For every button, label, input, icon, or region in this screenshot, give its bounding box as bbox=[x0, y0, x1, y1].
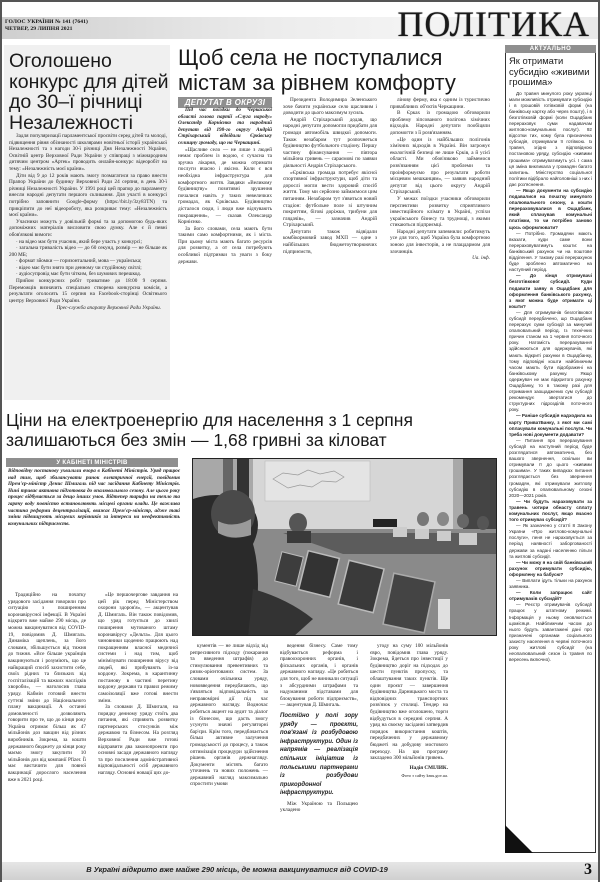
section-title: ПОЛІТИКА bbox=[397, 6, 590, 42]
article-contest-title: Оголошено конкурс для дітей до 30–ї річн… bbox=[9, 51, 169, 133]
paragraph: У межах поїздки учасники обговорили перс… bbox=[390, 196, 490, 229]
page-footer: В Україні відкрито вже майже 290 місць, … bbox=[2, 862, 598, 880]
paragraph: Задля популяризації парламентської просв… bbox=[9, 133, 167, 173]
issue-line: ГОЛОС УКРАЇНИ № 141 (7641) bbox=[5, 19, 88, 26]
sidebar-box: Як отримати субсидію «живими грошима» До… bbox=[505, 53, 596, 853]
paragraph: Народні депутати запевнили: робитимуть у… bbox=[390, 229, 490, 255]
paragraph: Президента Володимира Зеленського хоче б… bbox=[283, 97, 377, 117]
column: «Це першочергове завдання на цей рік пер… bbox=[98, 592, 178, 777]
answer: — Для отримувачів безготівкової субсидії… bbox=[509, 310, 592, 414]
issue-info: ГОЛОС УКРАЇНИ № 141 (7641) ЧЕТВЕР, 29 ЛИ… bbox=[5, 19, 88, 33]
paragraph: Депутати також відвідали комбікормовий з… bbox=[283, 229, 377, 255]
paragraph: «Це один із найбільших полігонів хімічни… bbox=[390, 137, 490, 196]
corner-triangle-icon bbox=[505, 825, 533, 853]
answer: — Питання про перерахування субсидії на … bbox=[509, 438, 592, 499]
article-villages-title: Щоб села не поступалися містам за рівнем… bbox=[178, 45, 498, 95]
column: угоду на суму 100 мільйонів євро, повідо… bbox=[370, 643, 448, 779]
question: — Коли запрацює сайт отримувачів субсиді… bbox=[509, 590, 592, 602]
column: Президента Володимира Зеленського хоче б… bbox=[283, 97, 377, 255]
footer-headline: В Україні відкрито вже майже 290 місць, … bbox=[2, 865, 472, 874]
paragraph: Діти від 9 до 12 років мають змогу позма… bbox=[9, 173, 167, 219]
paragraph: кументів — не лише відхід від репресивно… bbox=[190, 643, 268, 788]
date-line: ЧЕТВЕР, 29 ЛИПНЯ 2021 bbox=[5, 26, 88, 33]
paragraph: «Це першочергове завдання на цей рік пер… bbox=[98, 592, 178, 704]
photo-credit: Фото з сайту kmu.gov.ua. bbox=[370, 773, 448, 778]
paragraph: угоду на суму 100 мільйонів євро, повідо… bbox=[370, 643, 448, 762]
paragraph: «Єрківська громада потребує якісної спор… bbox=[283, 170, 377, 229]
pull-quote: Постійно у полі зору уряду — проєкти, по… bbox=[280, 712, 358, 798]
answer: — Як зазначено у статті 8 Закону України… bbox=[509, 523, 592, 560]
question: — Якщо документи на субсидію подавалися … bbox=[509, 188, 592, 231]
sidebar-rubric: АКТУАЛЬНО bbox=[505, 45, 596, 53]
column: Традиційно на початку урядового засіданн… bbox=[8, 592, 86, 783]
page-number: 3 bbox=[584, 861, 592, 879]
paragraph: Між Україною та Польщею укладено bbox=[280, 801, 358, 814]
article-lead: Відповідну постанову ухвалили вчора в Ка… bbox=[8, 468, 180, 527]
article-contest: Оголошено конкурс для дітей до 30–ї річн… bbox=[4, 45, 170, 400]
paragraph: До травня минулого року українці мали мо… bbox=[509, 91, 592, 189]
paragraph: Прийом конкурсних робіт триватиме до 18:… bbox=[9, 278, 167, 304]
question: — До кінця отримувачі безготівкової субс… bbox=[509, 273, 592, 310]
paragraph: лінову ферму, яка є одним із туристично … bbox=[390, 97, 490, 110]
question: — Раніше субсидія надходила на карту При… bbox=[509, 413, 592, 437]
paragraph: Учасники можуть у довільній формі та за … bbox=[9, 219, 167, 239]
sidebar-subsidy: АКТУАЛЬНО Як отримати субсидію «живими г… bbox=[505, 45, 596, 865]
list-item: · формат зйомки — горизонтальний, мова —… bbox=[9, 258, 167, 265]
article-electricity-title: Ціни на електроенергію для населення з 1… bbox=[6, 410, 500, 450]
article-signature: Прес-служба апарату Верховної Ради Украї… bbox=[9, 305, 167, 312]
sidebar-title: Як отримати субсидію «живими грошима» bbox=[509, 56, 592, 88]
article-lead: Під час поїздки до Черкаської області го… bbox=[178, 107, 272, 147]
paragraph: Традиційно на початку урядового засіданн… bbox=[8, 592, 86, 783]
answer: — Потрібно. Громадяни мають вказати, куд… bbox=[509, 231, 592, 274]
rubric-label: У КАБІНЕТІ МІНІСТРІВ bbox=[6, 458, 178, 467]
column: Під час поїздки до Черкаської області го… bbox=[178, 107, 272, 265]
article-electricity: Ціни на електроенергію для населення з 1… bbox=[4, 410, 500, 450]
cabinet-meeting-photo bbox=[192, 458, 497, 636]
paragraph: В Єрках із громадою обговорили проблему … bbox=[390, 110, 490, 136]
question: — Чи будуть нараховувати за травень чоти… bbox=[509, 499, 592, 523]
question: — Чи можу я на свій банківський рахунок … bbox=[509, 560, 592, 578]
list-item: · загальна тривалість відео — до 60 секу… bbox=[9, 245, 167, 258]
paragraph: За словами Д. Шмигаля, на порядку денном… bbox=[98, 704, 178, 777]
answer: — Виплати ідуть тільки на рахунок заявни… bbox=[509, 578, 592, 590]
paragraph: «Щасливе село — не лише з людей немає пр… bbox=[178, 147, 272, 226]
photo-image bbox=[193, 459, 497, 636]
sidebar-body: До травня минулого року українці мали мо… bbox=[509, 91, 592, 664]
paragraph: Андрій Стріхарський додав, що народні де… bbox=[283, 117, 377, 170]
column: ведення бізнесу. Саме тому відбувається … bbox=[280, 643, 358, 814]
column: кументів — не лише відхід від репресивно… bbox=[190, 643, 268, 788]
answer: — Реєстр отримувачів субсидії працює у ш… bbox=[509, 602, 592, 663]
article-contest-body: Задля популяризації парламентської просв… bbox=[9, 133, 167, 312]
paragraph: ведення бізнесу. Саме тому відбувається … bbox=[280, 643, 358, 709]
column: лінову ферму, яка є одним із туристично … bbox=[390, 97, 490, 262]
paragraph: За його словами, села мають бути такими … bbox=[178, 226, 272, 266]
article-signature: Надія СМІЛИК. bbox=[370, 765, 448, 772]
article-signature: Ua. інф. bbox=[390, 255, 490, 262]
